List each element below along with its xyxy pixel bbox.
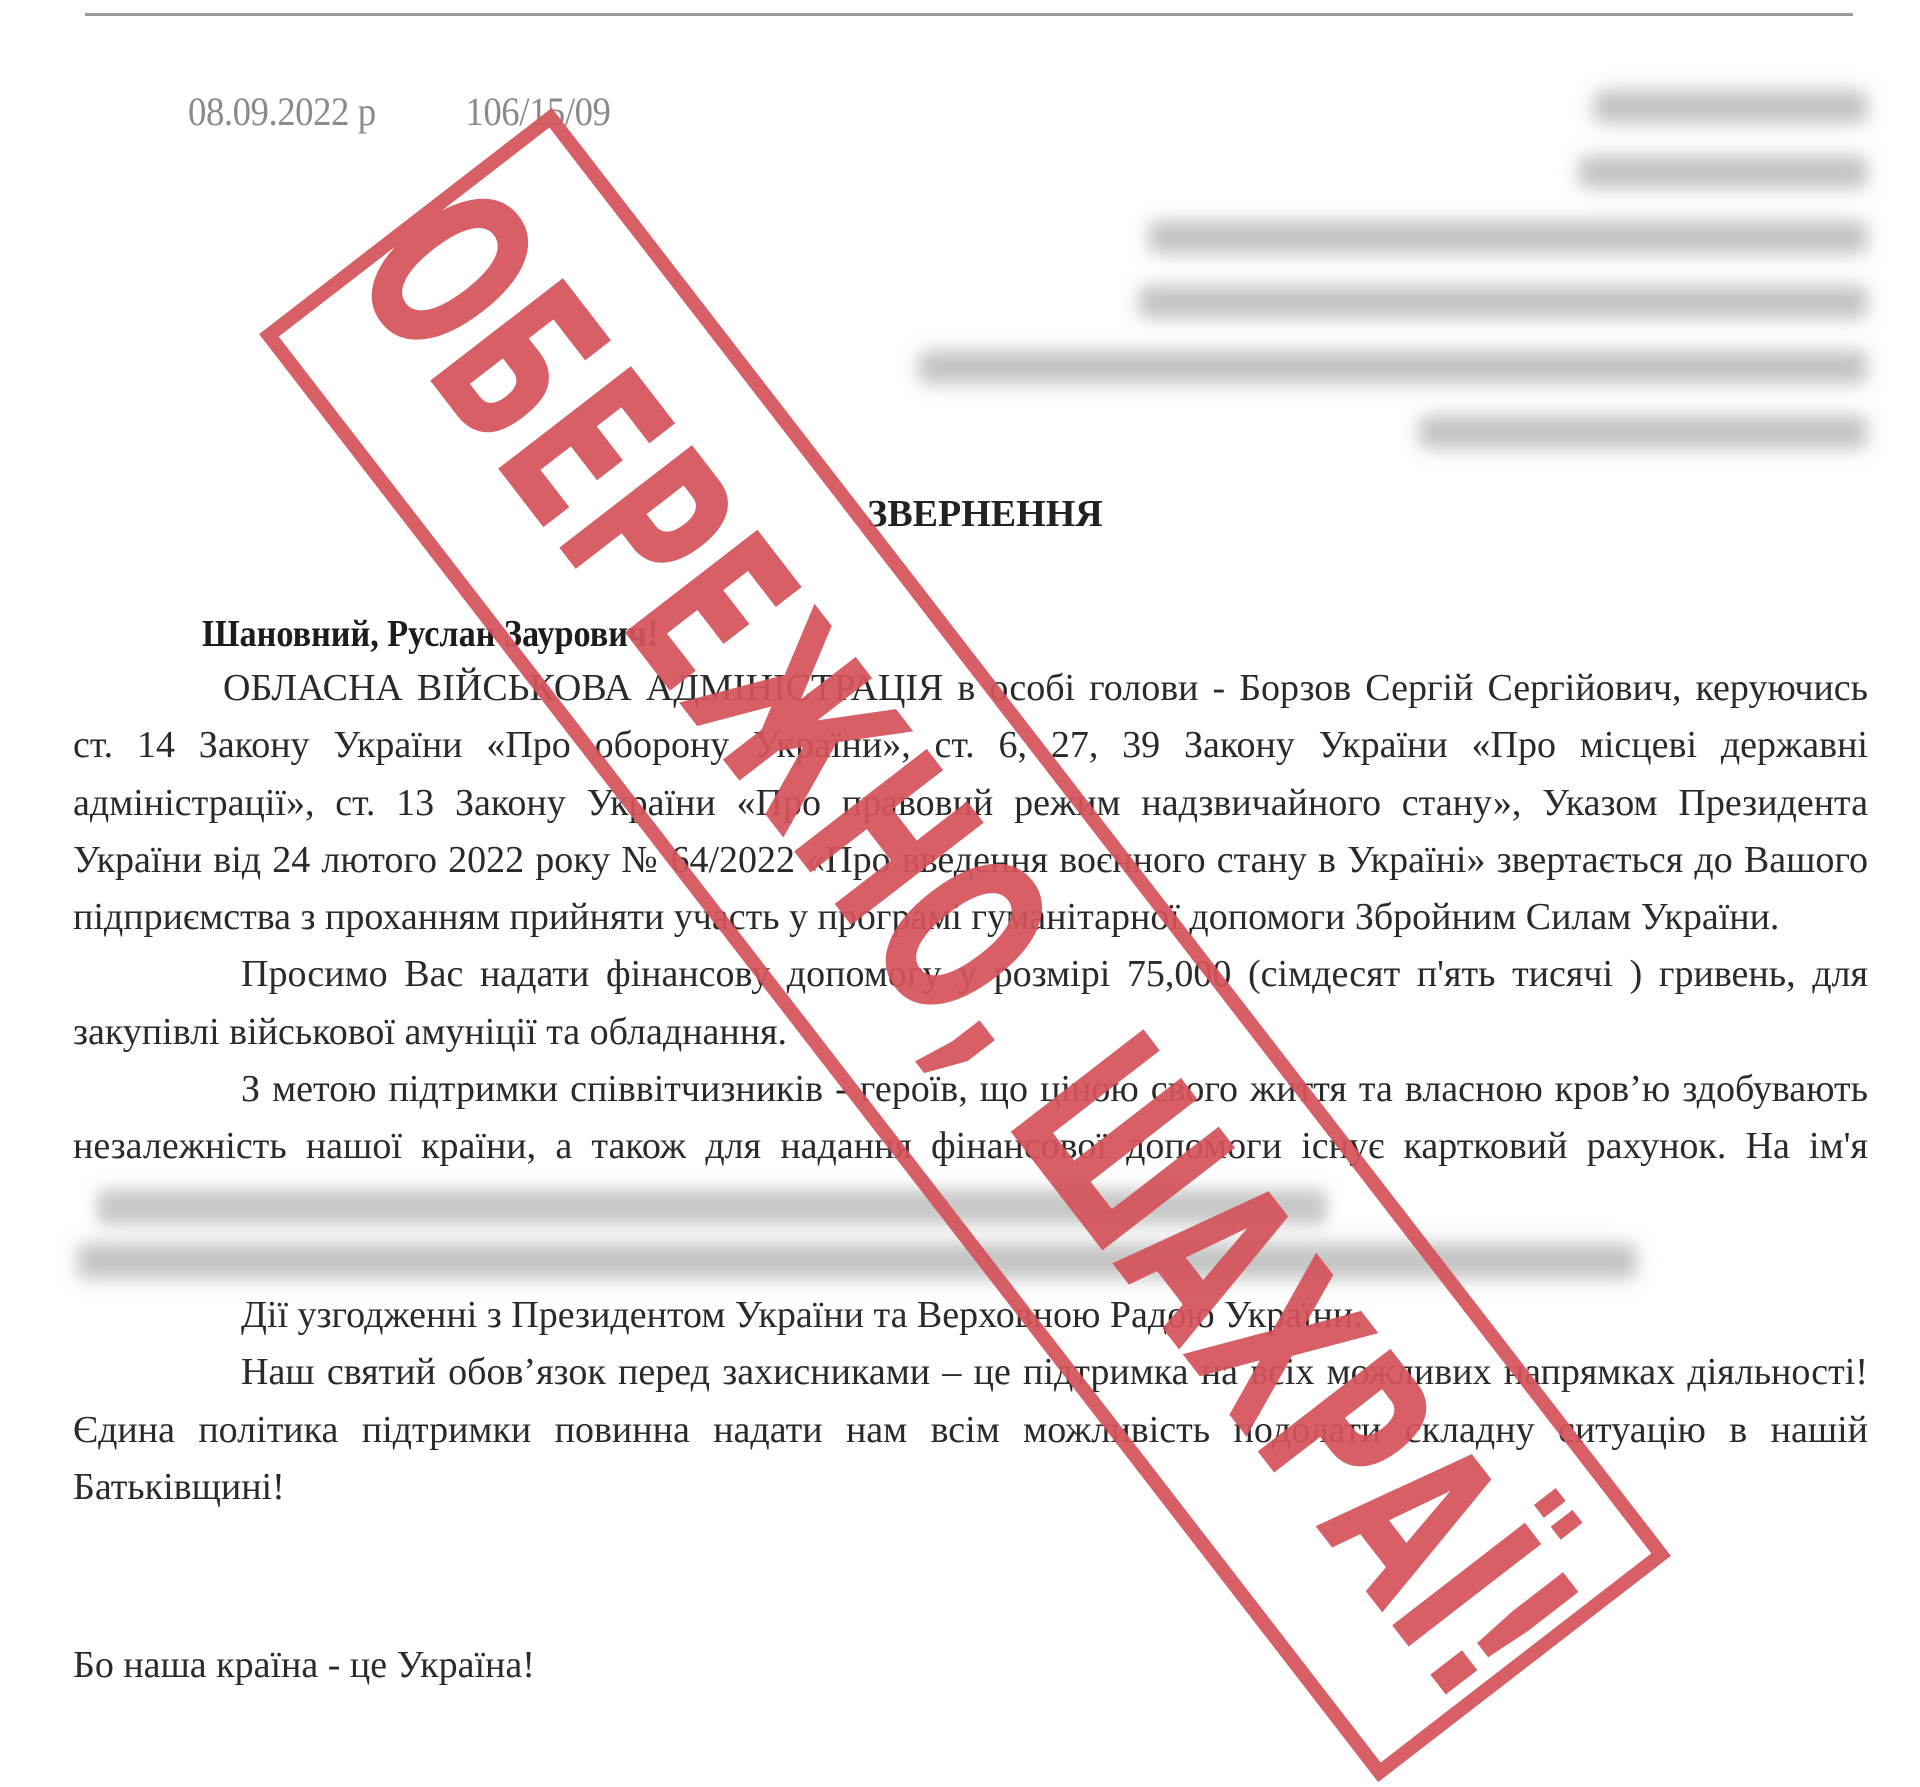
closing-line: Бо наша країна - це Україна! — [73, 1643, 535, 1687]
paragraph-coordination: Дії узгодженні з Президентом України та … — [73, 1287, 1868, 1344]
top-divider — [85, 13, 1853, 16]
recipient-address-redacted — [918, 90, 1868, 480]
letter-date: 08.09.2022 р — [188, 89, 376, 134]
document-title: ЗВЕРНЕННЯ — [0, 492, 1920, 536]
letter-meta: 08.09.2022 р 106/15/09 — [188, 88, 691, 135]
